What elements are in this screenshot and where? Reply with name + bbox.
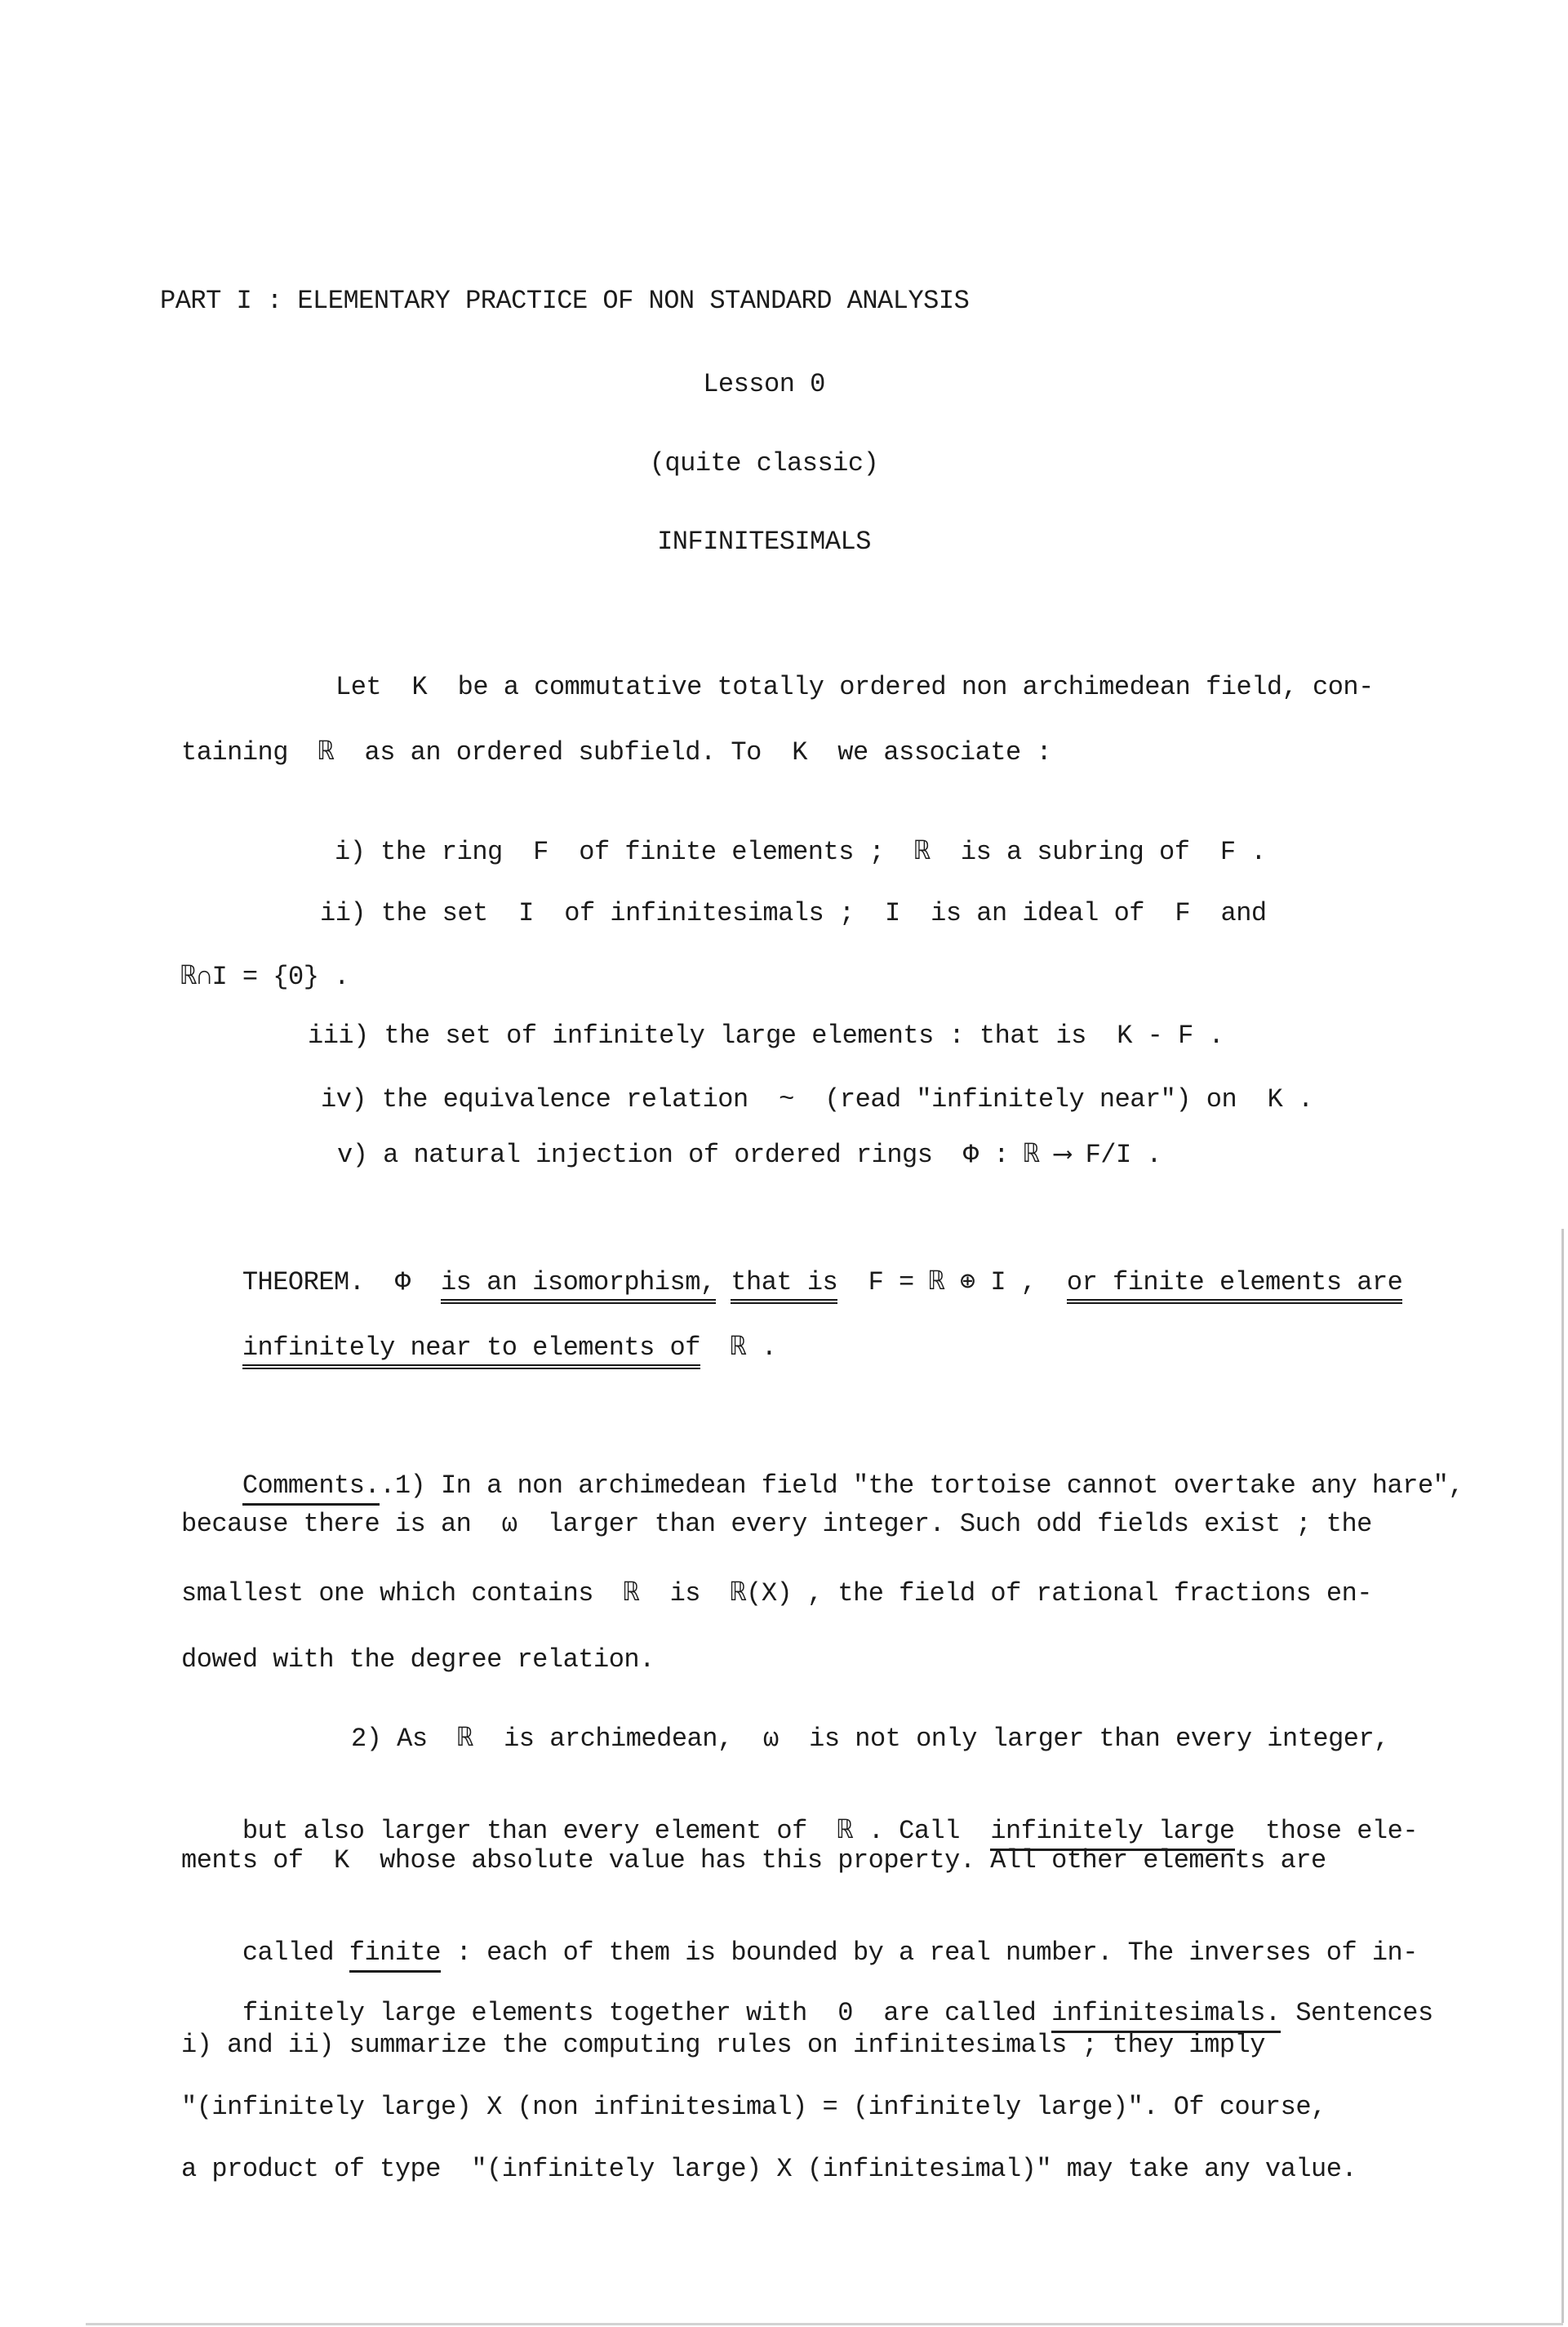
intro-line-1: Let K be a commutative totally ordered n… <box>335 672 1374 702</box>
theorem-underlined-finite-elements: or finite elements are <box>1067 1267 1402 1304</box>
comment2-line-8: a product of type "(infinitely large) X … <box>181 2154 1357 2184</box>
comments-line-3: smallest one which contains ℝ is ℝ(X) , … <box>181 1576 1372 1608</box>
lesson-number: Lesson 0 <box>0 369 1528 399</box>
theorem-gap <box>716 1267 731 1297</box>
theorem-label: THEOREM. <box>242 1267 365 1297</box>
comment2-line5-pre: finitely large elements together with 0 … <box>242 1998 1051 2028</box>
scan-edge-bottom <box>86 2323 1563 2325</box>
item-iv: iv) the equivalence relation ~ (read "in… <box>321 1084 1313 1115</box>
scan-edge-right <box>1561 1229 1564 2323</box>
comment2-line2-post: those ele- <box>1235 1816 1418 1846</box>
comment2-line4-pre: called <box>242 1938 349 1968</box>
comment2-line-6: i) and ii) summarize the computing rules… <box>181 2030 1265 2060</box>
theorem-underlined-infinitely-near: infinitely near to elements of <box>242 1333 700 1369</box>
theorem-underlined-thatis: that is <box>731 1267 837 1304</box>
comments-line-4: dowed with the degree relation. <box>181 1644 655 1675</box>
comment2-line-7: "(infinitely large) X (non infinitesimal… <box>181 2092 1326 2122</box>
underlined-infinitesimals: infinitesimals. <box>1051 1998 1281 2033</box>
item-i: i) the ring F of finite elements ; ℝ is … <box>335 834 1266 867</box>
item-iii: iii) the set of infinitely large element… <box>308 1021 1224 1051</box>
theorem-line-2: infinitely near to elements of ℝ . <box>181 1300 776 1393</box>
comments-line1-rest: .1) In a non archimedean field "the tort… <box>380 1471 1464 1501</box>
comment2-line-1: 2) As ℝ is archimedean, ω is not only la… <box>351 1721 1389 1754</box>
comment2-line4-post: : each of them is bounded by a real numb… <box>441 1938 1418 1968</box>
part-title: PART I : ELEMENTARY PRACTICE OF NON STAN… <box>160 286 969 316</box>
theorem-line2-end: ℝ . <box>700 1333 777 1363</box>
theorem-formula: F = ℝ ⊕ I , <box>837 1267 1067 1297</box>
theorem-phi-symbol: Φ <box>364 1267 441 1297</box>
lesson-subject: INFINITESIMALS <box>0 527 1528 557</box>
comment2-line5-post: Sentences <box>1281 1998 1433 2028</box>
document-page: PART I : ELEMENTARY PRACTICE OF NON STAN… <box>0 0 1568 2327</box>
item-ii-continuation: ℝ∩I = {0} . <box>181 959 349 992</box>
comments-label: Comments. <box>242 1471 380 1506</box>
lesson-note: (quite classic) <box>0 448 1528 478</box>
intro-line-2: taining ℝ as an ordered subfield. To K w… <box>181 735 1051 768</box>
item-ii: ii) the set I of infinitesimals ; I is a… <box>320 898 1267 928</box>
comment2-line2-pre: but also larger than every element of ℝ … <box>242 1816 991 1846</box>
comment2-line-3: ments of K whose absolute value has this… <box>181 1845 1326 1875</box>
item-v: v) a natural injection of ordered rings … <box>337 1137 1162 1170</box>
comments-line-2: because there is an ω larger than every … <box>181 1509 1372 1539</box>
theorem-underlined-isomorphism: is an isomorphism, <box>441 1267 716 1304</box>
